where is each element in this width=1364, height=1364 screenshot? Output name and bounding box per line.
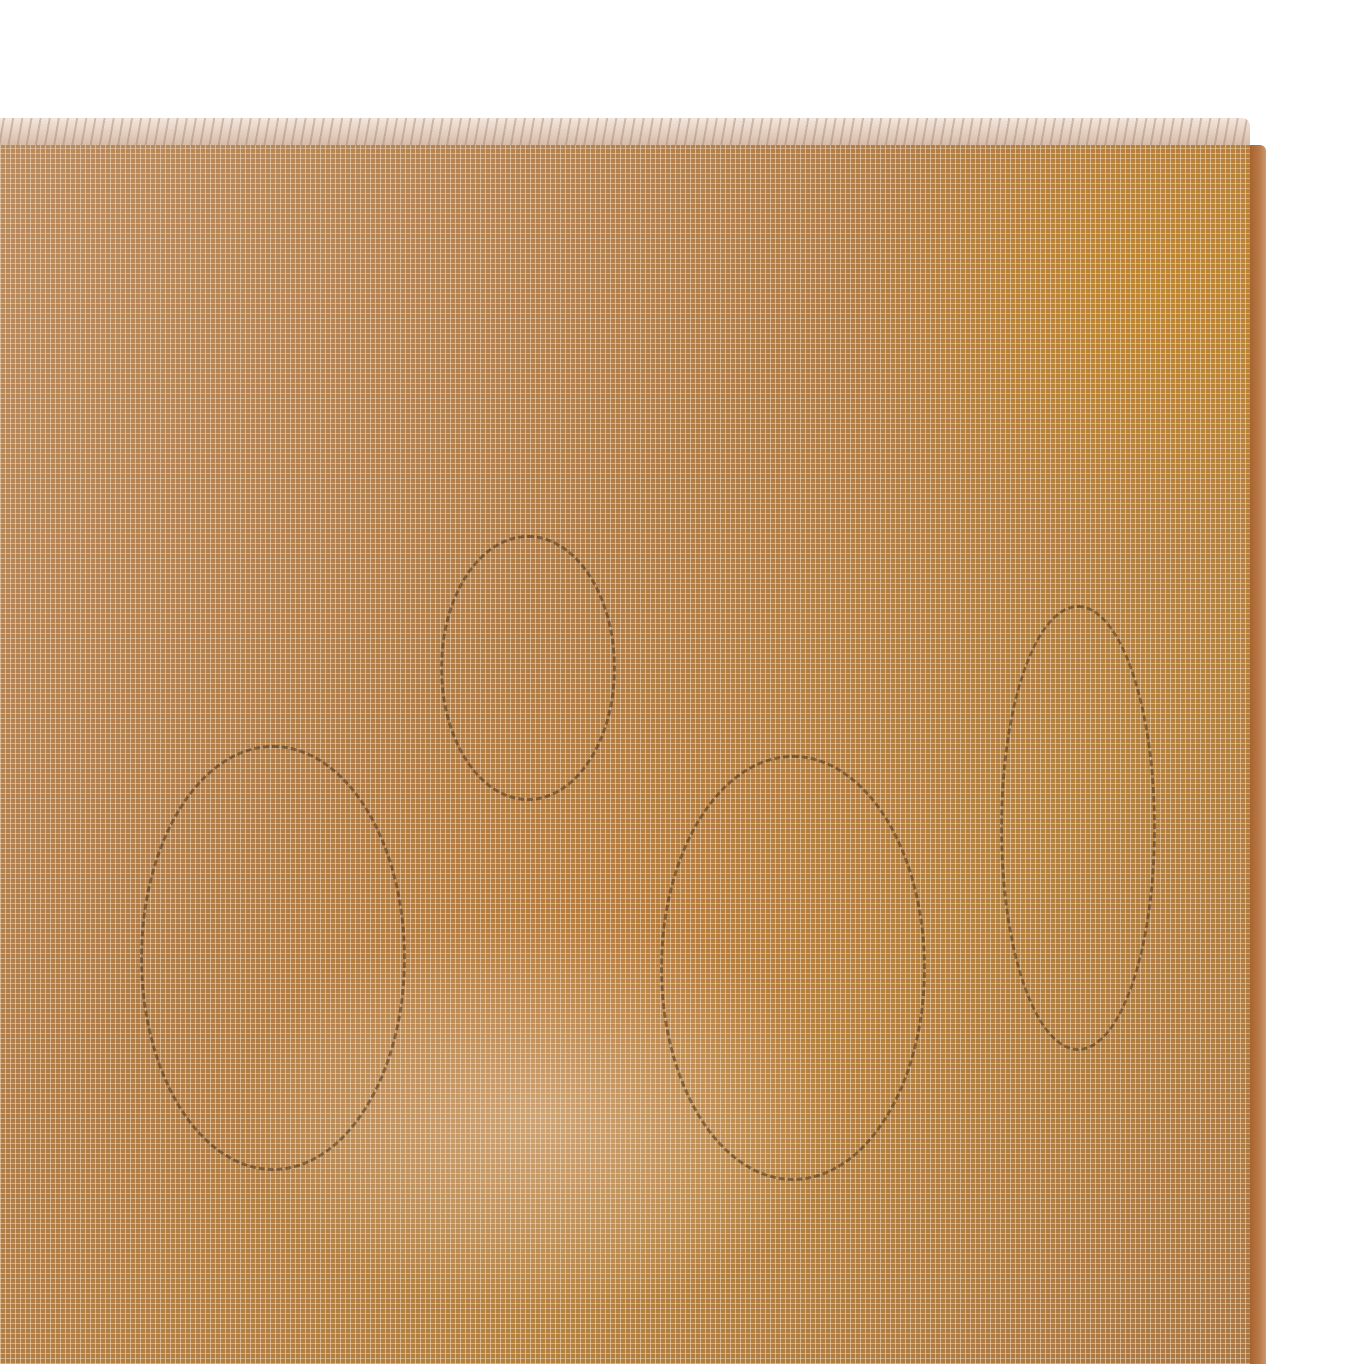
rug-motif bbox=[660, 755, 926, 1181]
rug-motif bbox=[1000, 605, 1156, 1051]
rug-motif bbox=[140, 745, 406, 1171]
rug-motif bbox=[440, 535, 616, 801]
rug-edge-binding bbox=[1250, 145, 1266, 1364]
rug-body bbox=[0, 145, 1258, 1364]
